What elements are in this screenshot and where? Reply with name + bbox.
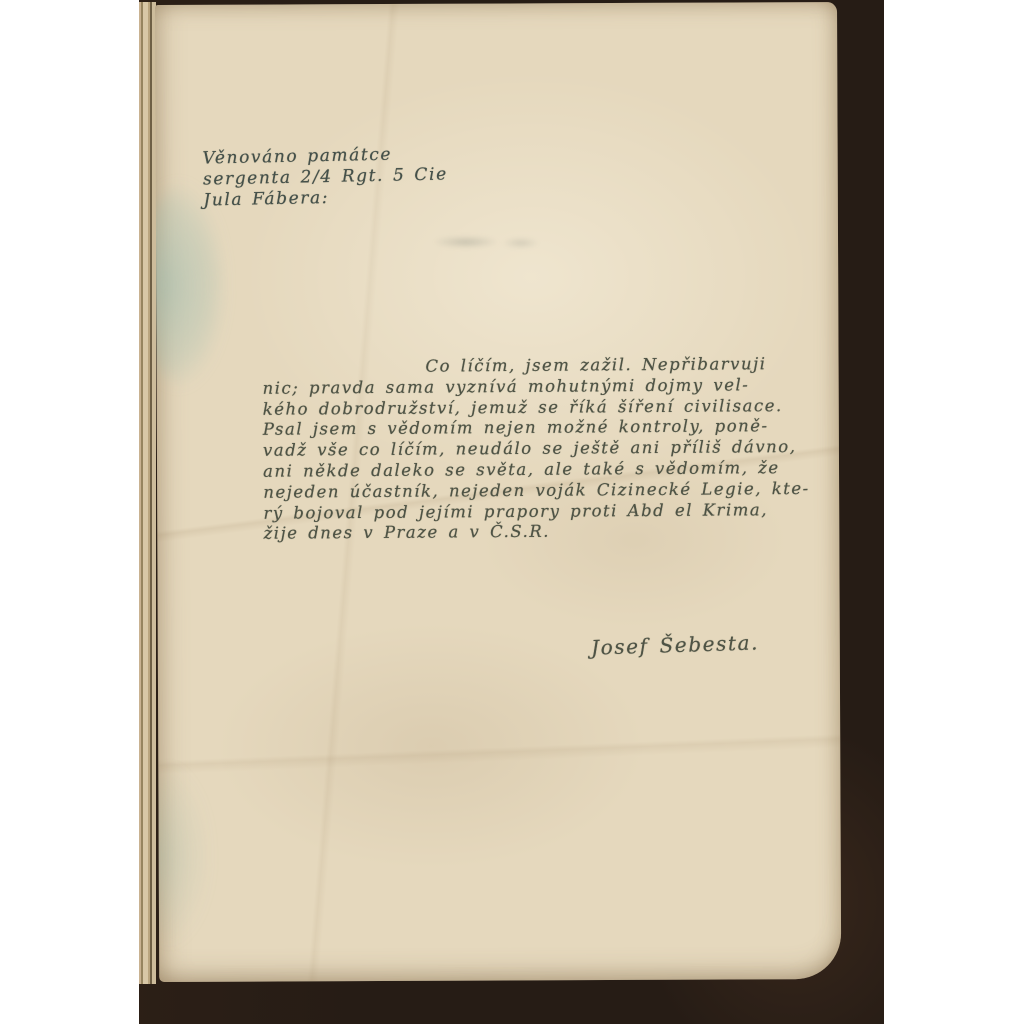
paragraph-line: nejeden účastník, nejeden voják Cizineck…: [263, 479, 755, 503]
ink-bleedthrough-smudge: [435, 233, 545, 251]
handwritten-paragraph: Co líčím, jsem zažil. Nepřibarvuji nic; …: [262, 354, 755, 545]
paragraph-line: rý bojoval pod jejími prapory proti Abd …: [263, 500, 755, 524]
handwritten-dedication: Věnováno památce sergenta 2/4 Rgt. 5 Cie…: [202, 143, 448, 211]
book-photo: Věnováno památce sergenta 2/4 Rgt. 5 Cie…: [139, 0, 884, 1024]
page-fore-edges: [139, 2, 156, 984]
paragraph-line: žije dnes v Praze a v Č.S.R.: [264, 521, 756, 545]
photo-background: Věnováno památce sergenta 2/4 Rgt. 5 Cie…: [0, 0, 1024, 1024]
paragraph-line: nic; pravda sama vyznívá mohutnými dojmy…: [262, 375, 754, 399]
